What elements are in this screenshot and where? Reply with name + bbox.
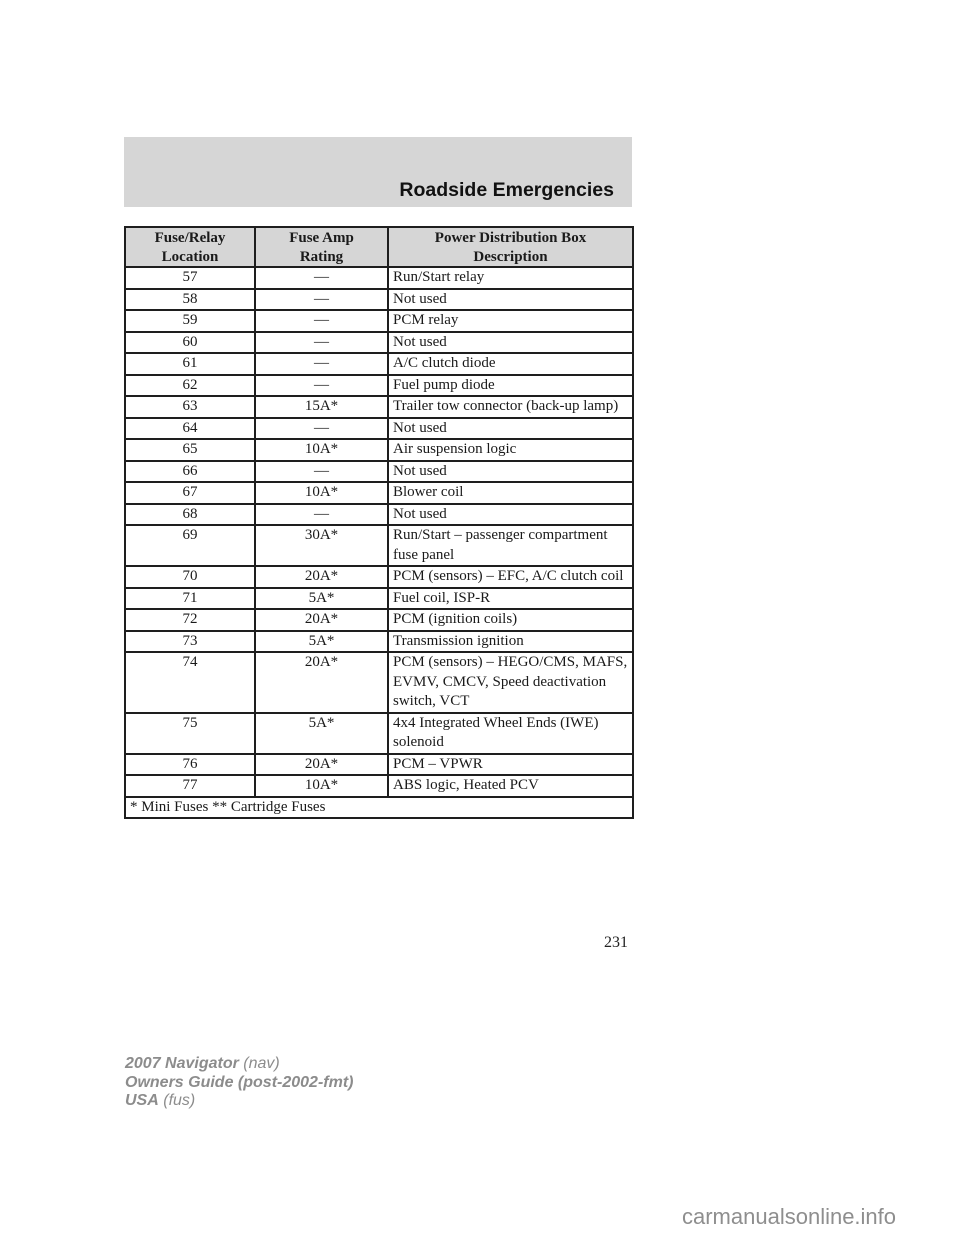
- cell-location: 70: [125, 566, 255, 588]
- fuse-table: Fuse/Relay Location Fuse Amp Rating Powe…: [124, 226, 634, 819]
- cell-description: 4x4 Integrated Wheel Ends (IWE) solenoid: [388, 713, 633, 754]
- cell-rating: —: [255, 289, 388, 311]
- cell-description: PCM (sensors) – HEGO/CMS, MAFS, EVMV, CM…: [388, 652, 633, 713]
- table-row: 59—PCM relay: [125, 310, 633, 332]
- column-header-rating: Fuse Amp Rating: [255, 227, 388, 267]
- cell-rating: 15A*: [255, 396, 388, 418]
- table-row: 755A*4x4 Integrated Wheel Ends (IWE) sol…: [125, 713, 633, 754]
- table-row: 6315A*Trailer tow connector (back-up lam…: [125, 396, 633, 418]
- cell-location: 69: [125, 525, 255, 566]
- footnote: * Mini Fuses ** Cartridge Fuses: [125, 797, 633, 819]
- footnote-row: * Mini Fuses ** Cartridge Fuses: [125, 797, 633, 819]
- cell-location: 58: [125, 289, 255, 311]
- cell-location: 61: [125, 353, 255, 375]
- watermark: carmanualsonline.info: [682, 1204, 896, 1230]
- cell-location: 65: [125, 439, 255, 461]
- table-header-row: Fuse/Relay Location Fuse Amp Rating Powe…: [125, 227, 633, 267]
- cell-rating: —: [255, 267, 388, 289]
- footer-market: USA: [125, 1092, 159, 1109]
- cell-rating: —: [255, 461, 388, 483]
- cell-description: A/C clutch diode: [388, 353, 633, 375]
- table-row: 57—Run/Start relay: [125, 267, 633, 289]
- cell-description: Not used: [388, 418, 633, 440]
- cell-description: PCM (ignition coils): [388, 609, 633, 631]
- cell-rating: —: [255, 310, 388, 332]
- document-footer: 2007 Navigator (nav) Owners Guide (post-…: [125, 1055, 353, 1111]
- section-header-banner: Roadside Emergencies: [124, 137, 632, 207]
- cell-rating: 20A*: [255, 754, 388, 776]
- cell-description: PCM – VPWR: [388, 754, 633, 776]
- cell-description: Not used: [388, 289, 633, 311]
- column-header-location: Fuse/Relay Location: [125, 227, 255, 267]
- cell-description: Not used: [388, 332, 633, 354]
- table-row: 6510A*Air suspension logic: [125, 439, 633, 461]
- cell-location: 72: [125, 609, 255, 631]
- cell-description: Trailer tow connector (back-up lamp): [388, 396, 633, 418]
- footer-guide: Owners Guide (post-2002-fmt): [125, 1074, 353, 1091]
- table-row: 61—A/C clutch diode: [125, 353, 633, 375]
- cell-rating: 5A*: [255, 713, 388, 754]
- table-row: 66—Not used: [125, 461, 633, 483]
- cell-description: PCM (sensors) – EFC, A/C clutch coil: [388, 566, 633, 588]
- cell-location: 57: [125, 267, 255, 289]
- cell-description: Blower coil: [388, 482, 633, 504]
- table-row: 60—Not used: [125, 332, 633, 354]
- table-row: 62—Fuel pump diode: [125, 375, 633, 397]
- page-number: 231: [604, 934, 628, 952]
- cell-location: 67: [125, 482, 255, 504]
- cell-rating: 30A*: [255, 525, 388, 566]
- cell-description: Run/Start – passenger compartment fuse p…: [388, 525, 633, 566]
- cell-description: Fuel pump diode: [388, 375, 633, 397]
- table-row: 7420A*PCM (sensors) – HEGO/CMS, MAFS, EV…: [125, 652, 633, 713]
- cell-location: 60: [125, 332, 255, 354]
- cell-rating: 5A*: [255, 631, 388, 653]
- table-row: 735A*Transmission ignition: [125, 631, 633, 653]
- cell-rating: 20A*: [255, 652, 388, 713]
- cell-rating: —: [255, 375, 388, 397]
- cell-description: Not used: [388, 461, 633, 483]
- cell-rating: —: [255, 353, 388, 375]
- cell-rating: 10A*: [255, 775, 388, 797]
- cell-rating: 10A*: [255, 482, 388, 504]
- table-row: 58—Not used: [125, 289, 633, 311]
- cell-rating: —: [255, 504, 388, 526]
- column-header-description: Power Distribution Box Description: [388, 227, 633, 267]
- footer-model-code: (nav): [243, 1055, 279, 1072]
- cell-description: Transmission ignition: [388, 631, 633, 653]
- cell-rating: 5A*: [255, 588, 388, 610]
- cell-location: 74: [125, 652, 255, 713]
- table-body: 57—Run/Start relay58—Not used59—PCM rela…: [125, 267, 633, 797]
- table-row: 715A*Fuel coil, ISP-R: [125, 588, 633, 610]
- footer-model: 2007 Navigator: [125, 1055, 239, 1072]
- table-row: 68—Not used: [125, 504, 633, 526]
- cell-description: Fuel coil, ISP-R: [388, 588, 633, 610]
- cell-location: 66: [125, 461, 255, 483]
- table-row: 6930A*Run/Start – passenger compartment …: [125, 525, 633, 566]
- cell-location: 62: [125, 375, 255, 397]
- cell-location: 73: [125, 631, 255, 653]
- footer-market-code: (fus): [163, 1092, 195, 1109]
- cell-location: 59: [125, 310, 255, 332]
- table-row: 7020A*PCM (sensors) – EFC, A/C clutch co…: [125, 566, 633, 588]
- cell-rating: —: [255, 418, 388, 440]
- table-row: 6710A*Blower coil: [125, 482, 633, 504]
- cell-description: Not used: [388, 504, 633, 526]
- table-row: 7620A*PCM – VPWR: [125, 754, 633, 776]
- cell-description: ABS logic, Heated PCV: [388, 775, 633, 797]
- table-row: 7710A*ABS logic, Heated PCV: [125, 775, 633, 797]
- cell-location: 75: [125, 713, 255, 754]
- cell-rating: 20A*: [255, 609, 388, 631]
- cell-location: 64: [125, 418, 255, 440]
- cell-rating: —: [255, 332, 388, 354]
- table-row: 64—Not used: [125, 418, 633, 440]
- cell-location: 68: [125, 504, 255, 526]
- cell-location: 71: [125, 588, 255, 610]
- cell-location: 77: [125, 775, 255, 797]
- cell-location: 76: [125, 754, 255, 776]
- cell-location: 63: [125, 396, 255, 418]
- section-title: Roadside Emergencies: [399, 179, 614, 202]
- cell-description: PCM relay: [388, 310, 633, 332]
- cell-rating: 10A*: [255, 439, 388, 461]
- cell-description: Air suspension logic: [388, 439, 633, 461]
- cell-rating: 20A*: [255, 566, 388, 588]
- table-row: 7220A*PCM (ignition coils): [125, 609, 633, 631]
- cell-description: Run/Start relay: [388, 267, 633, 289]
